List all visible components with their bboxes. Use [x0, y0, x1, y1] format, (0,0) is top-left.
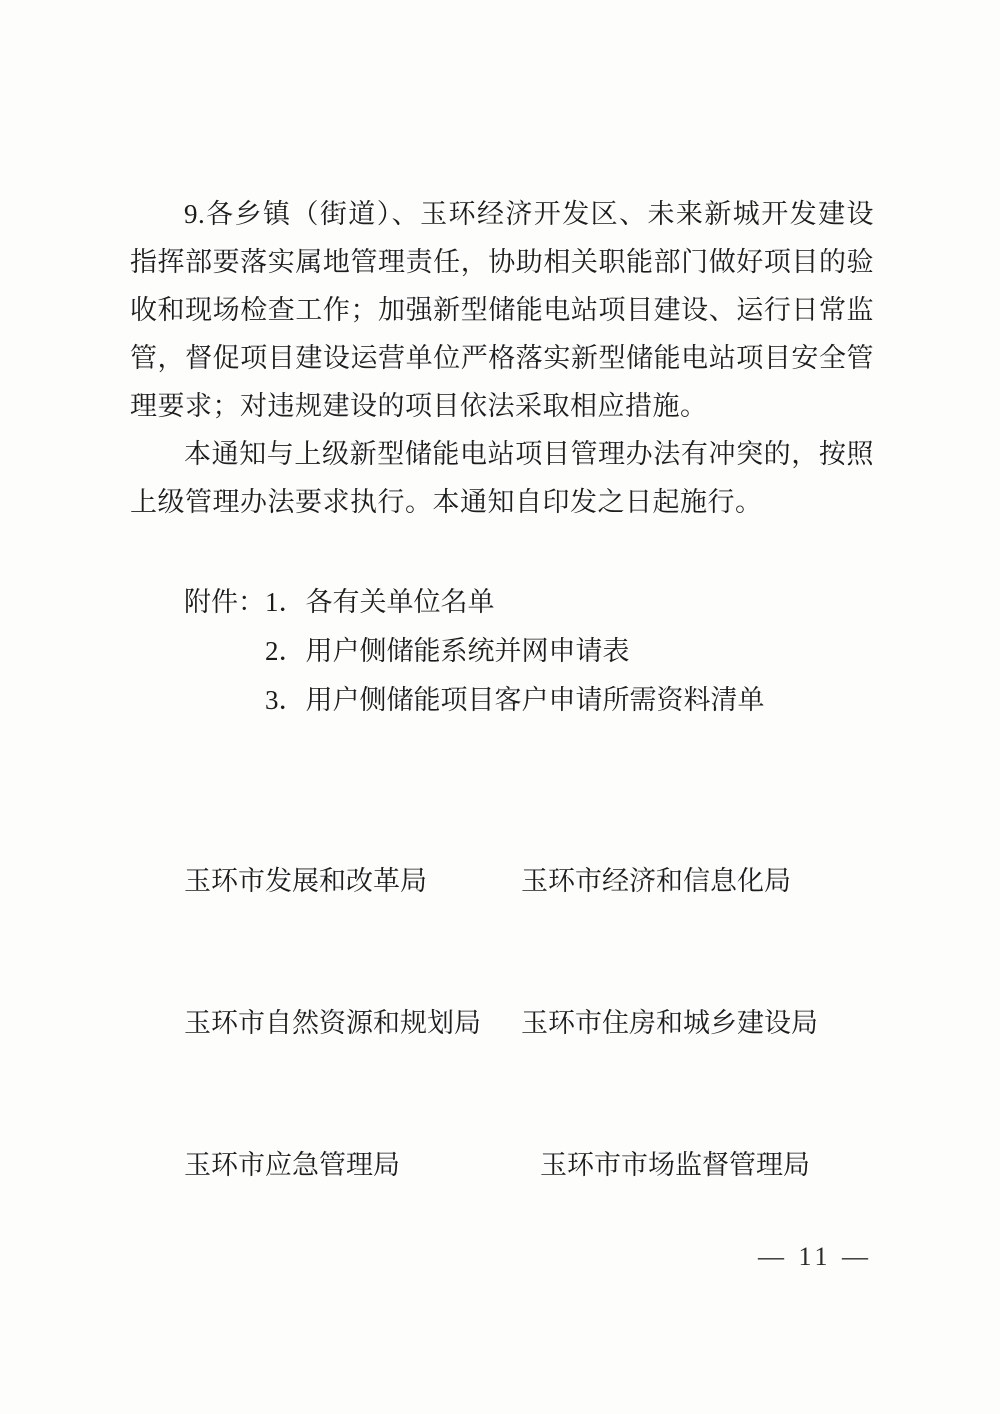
- document-page: 9.各乡镇（街道）、玉环经济开发区、未来新城开发建设 指挥部要落实属地管理责任，…: [0, 0, 1000, 1414]
- attachment-item: 2．用户侧储能系统并网申请表: [130, 627, 874, 676]
- paragraph-line: 上级管理办法要求执行。本通知自印发之日起施行。: [130, 478, 874, 526]
- attachment-item: 3．用户侧储能项目客户申请所需资料清单: [130, 676, 874, 725]
- attachments-block: 附件：1．各有关单位名单 2．用户侧储能系统并网申请表 3．用户侧储能项目客户申…: [130, 578, 874, 725]
- attachments-label: 附件：: [184, 587, 265, 617]
- paragraph-line: 指挥部要落实属地管理责任，协助相关职能部门做好项目的验: [130, 238, 874, 286]
- page-number: — 11 —: [758, 1240, 872, 1274]
- signatory-row: 玉环市自然资源和规划局 玉环市住房和城乡建设局: [130, 1006, 874, 1040]
- attachment-item: 1．各有关单位名单: [265, 587, 495, 617]
- paragraph-line: 管，督促项目建设运营单位严格落实新型储能电站项目安全管: [130, 334, 874, 382]
- signatory-row: 玉环市应急管理局 玉环市市场监督管理局: [130, 1148, 874, 1182]
- paragraph-line: 9.各乡镇（街道）、玉环经济开发区、未来新城开发建设: [130, 190, 874, 238]
- paragraph-line: 理要求；对违规建设的项目依法采取相应措施。: [130, 382, 874, 430]
- signatory-name: 玉环市经济和信息化局: [521, 864, 791, 898]
- signatory-name: 玉环市住房和城乡建设局: [521, 1006, 818, 1040]
- signatory-row: 玉环市发展和改革局 玉环市经济和信息化局: [130, 864, 874, 898]
- paragraph-line: 本通知与上级新型储能电站项目管理办法有冲突的，按照: [130, 430, 874, 478]
- paragraph-line: 收和现场检查工作；加强新型储能电站项目建设、运行日常监: [130, 286, 874, 334]
- signatory-name: 玉环市发展和改革局: [184, 864, 521, 898]
- signatory-name: 玉环市应急管理局: [184, 1148, 540, 1182]
- body-text-block: 9.各乡镇（街道）、玉环经济开发区、未来新城开发建设 指挥部要落实属地管理责任，…: [130, 190, 874, 526]
- signatory-name: 玉环市自然资源和规划局: [184, 1006, 521, 1040]
- signatory-name: 玉环市市场监督管理局: [540, 1148, 810, 1182]
- attachment-line: 附件：1．各有关单位名单: [130, 578, 874, 627]
